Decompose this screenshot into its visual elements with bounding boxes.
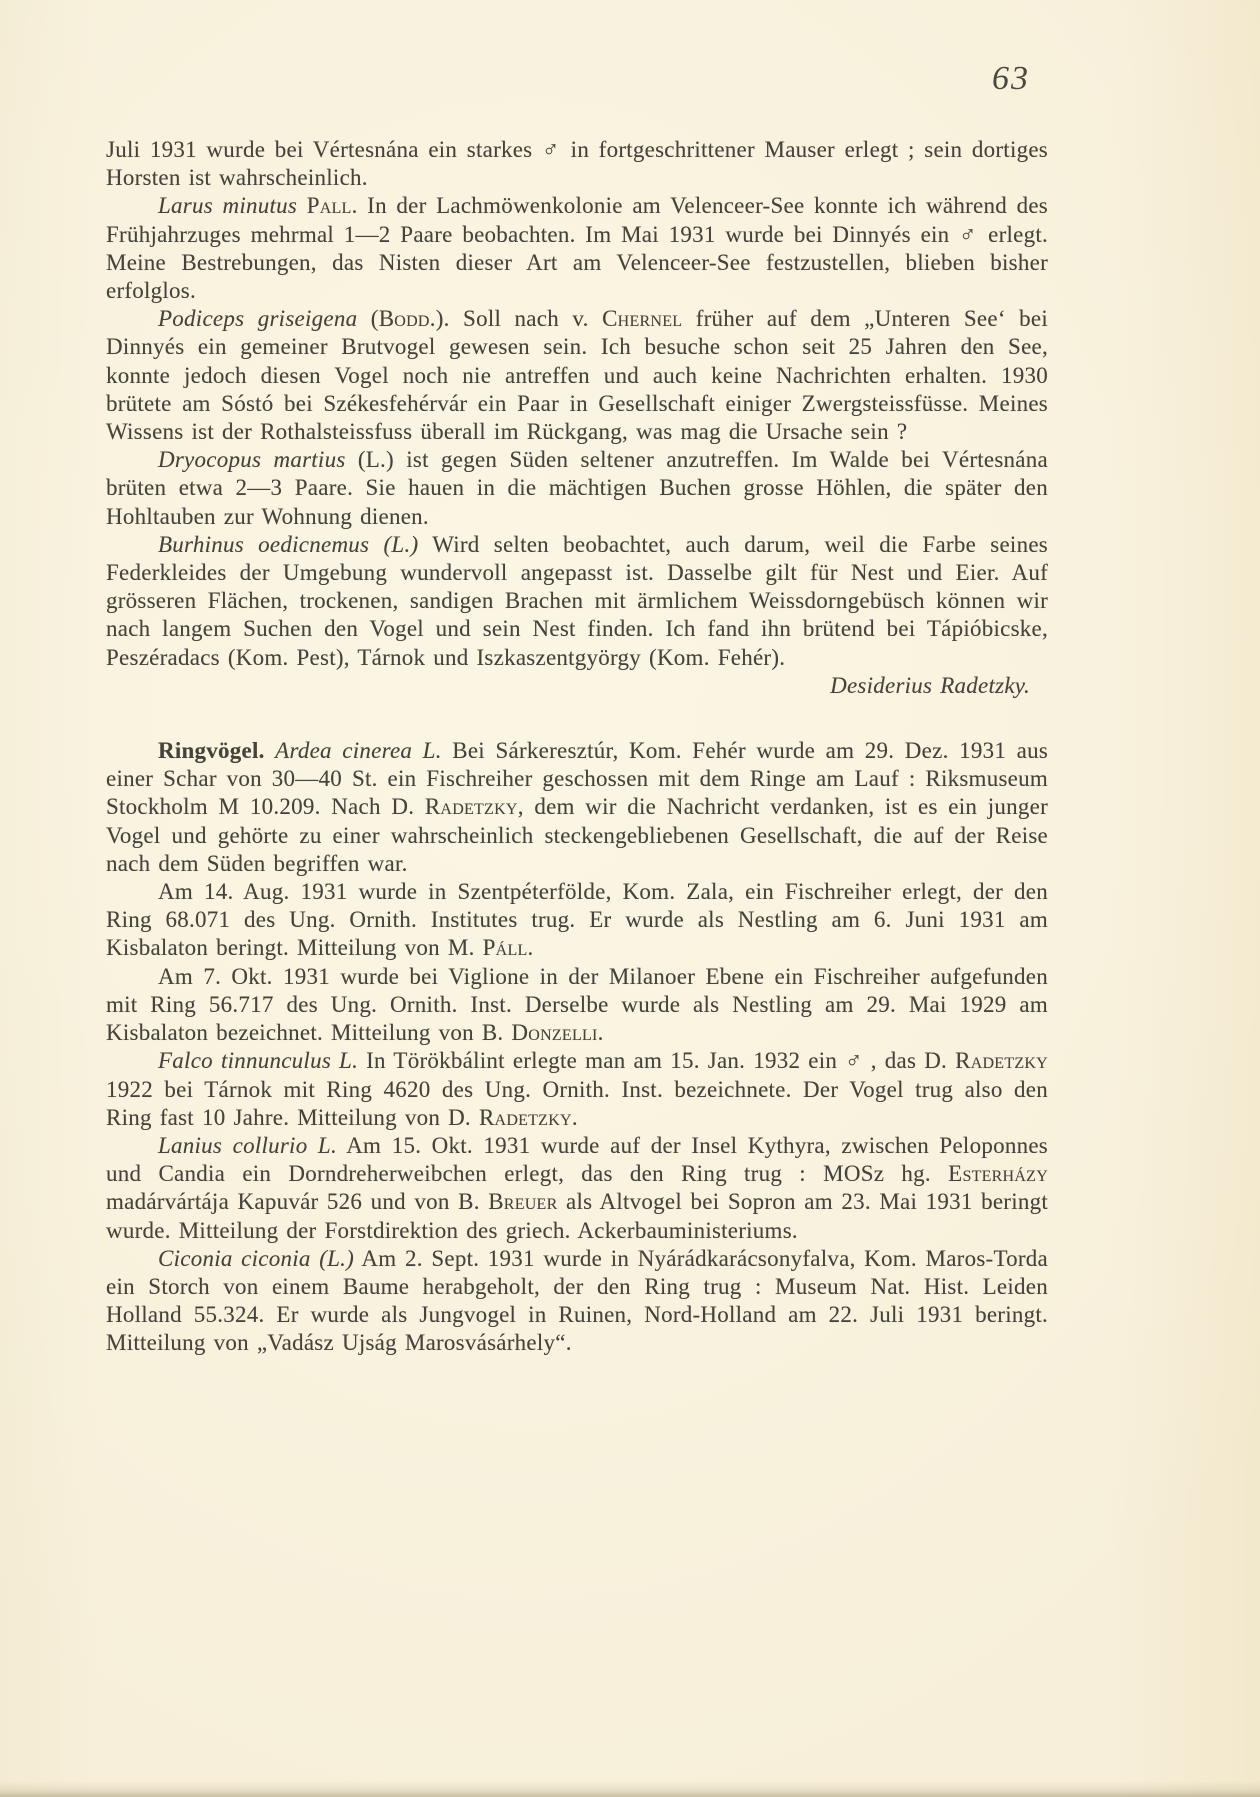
text-segment: Radetzky bbox=[425, 794, 518, 819]
paragraph-12: Ciconia ciconia (L.) Am 2. Sept. 1931 wu… bbox=[106, 1245, 1048, 1358]
text-segment: Pall. bbox=[307, 193, 358, 218]
text-segment: Breuer bbox=[488, 1189, 557, 1214]
paragraph-9: Am 7. Okt. 1931 wurde bei Viglione in de… bbox=[106, 963, 1048, 1048]
text-segment: Larus minutus bbox=[158, 193, 307, 218]
paragraph-10: Falco tinnunculus L. In Törökbálint erle… bbox=[106, 1047, 1048, 1132]
text-segment: Ciconia ciconia (L.) bbox=[158, 1246, 354, 1271]
text-segment: Ringvögel. bbox=[158, 738, 275, 763]
text-segment: Esterházy bbox=[948, 1161, 1048, 1186]
page-bottom-edge bbox=[0, 1781, 1260, 1797]
paragraph-4: Dryocopus martius (L.) ist gegen Süden s… bbox=[106, 446, 1048, 531]
text-segment: Am 14. Aug. 1931 wurde in Szentpéterföld… bbox=[106, 879, 1048, 960]
page-number: 63 bbox=[992, 60, 1030, 98]
paragraph-7: Ringvögel. Ardea cinerea L. Bei Sárkeres… bbox=[106, 737, 1048, 878]
text-segment: Radetzky bbox=[479, 1105, 572, 1130]
text-segment: Donzelli bbox=[511, 1020, 597, 1045]
text-segment: . bbox=[572, 1105, 578, 1130]
text-segment: Falco tinnunculus L. bbox=[158, 1048, 358, 1073]
text-segment: ). Soll nach v. bbox=[436, 306, 602, 331]
paragraph-5: Burhinus oedicnemus (L.) Wird selten beo… bbox=[106, 531, 1048, 672]
book-page: 63 Juli 1931 wurde bei Vértesnána ein st… bbox=[0, 0, 1260, 1797]
text-segment: Lanius collurio L. bbox=[158, 1133, 337, 1158]
text-segment: Bodd. bbox=[379, 306, 436, 331]
paragraph-2: Larus minutus Pall. In der Lachmöwenkolo… bbox=[106, 192, 1048, 305]
text-segment: Chernel bbox=[602, 306, 682, 331]
paragraph-11: Lanius collurio L. Am 15. Okt. 1931 wurd… bbox=[106, 1132, 1048, 1245]
paragraph-8: Am 14. Aug. 1931 wurde in Szentpéterföld… bbox=[106, 878, 1048, 963]
text-segment: Ardea cinerea L. bbox=[275, 738, 442, 763]
text-segment: Podiceps griseigena bbox=[158, 306, 371, 331]
text-segment: Desiderius Radetzky. bbox=[830, 673, 1030, 698]
text-segment: madárvártája Kapuvár 526 und von B. bbox=[106, 1189, 488, 1214]
text-segment: ( bbox=[371, 306, 379, 331]
paragraph-1: Juli 1931 wurde bei Vértesnána ein stark… bbox=[106, 136, 1048, 192]
text-segment: Páll bbox=[483, 935, 528, 960]
signature-line: Desiderius Radetzky. bbox=[106, 672, 1048, 700]
text-segment: . bbox=[528, 935, 534, 960]
text-segment: In Törökbálint erlegte man am 15. Jan. 1… bbox=[358, 1048, 955, 1073]
text-segment: Burhinus oedicnemus (L.) bbox=[158, 532, 418, 557]
text-segment: . bbox=[598, 1020, 604, 1045]
paragraph-3: Podiceps griseigena (Bodd.). Soll nach v… bbox=[106, 305, 1048, 446]
text-block: Juli 1931 wurde bei Vértesnána ein stark… bbox=[106, 136, 1048, 1358]
text-segment: Radetzky bbox=[955, 1048, 1048, 1073]
text-segment: Dryocopus martius bbox=[158, 447, 358, 472]
text-segment: Juli 1931 wurde bei Vértesnána ein stark… bbox=[106, 137, 1048, 190]
